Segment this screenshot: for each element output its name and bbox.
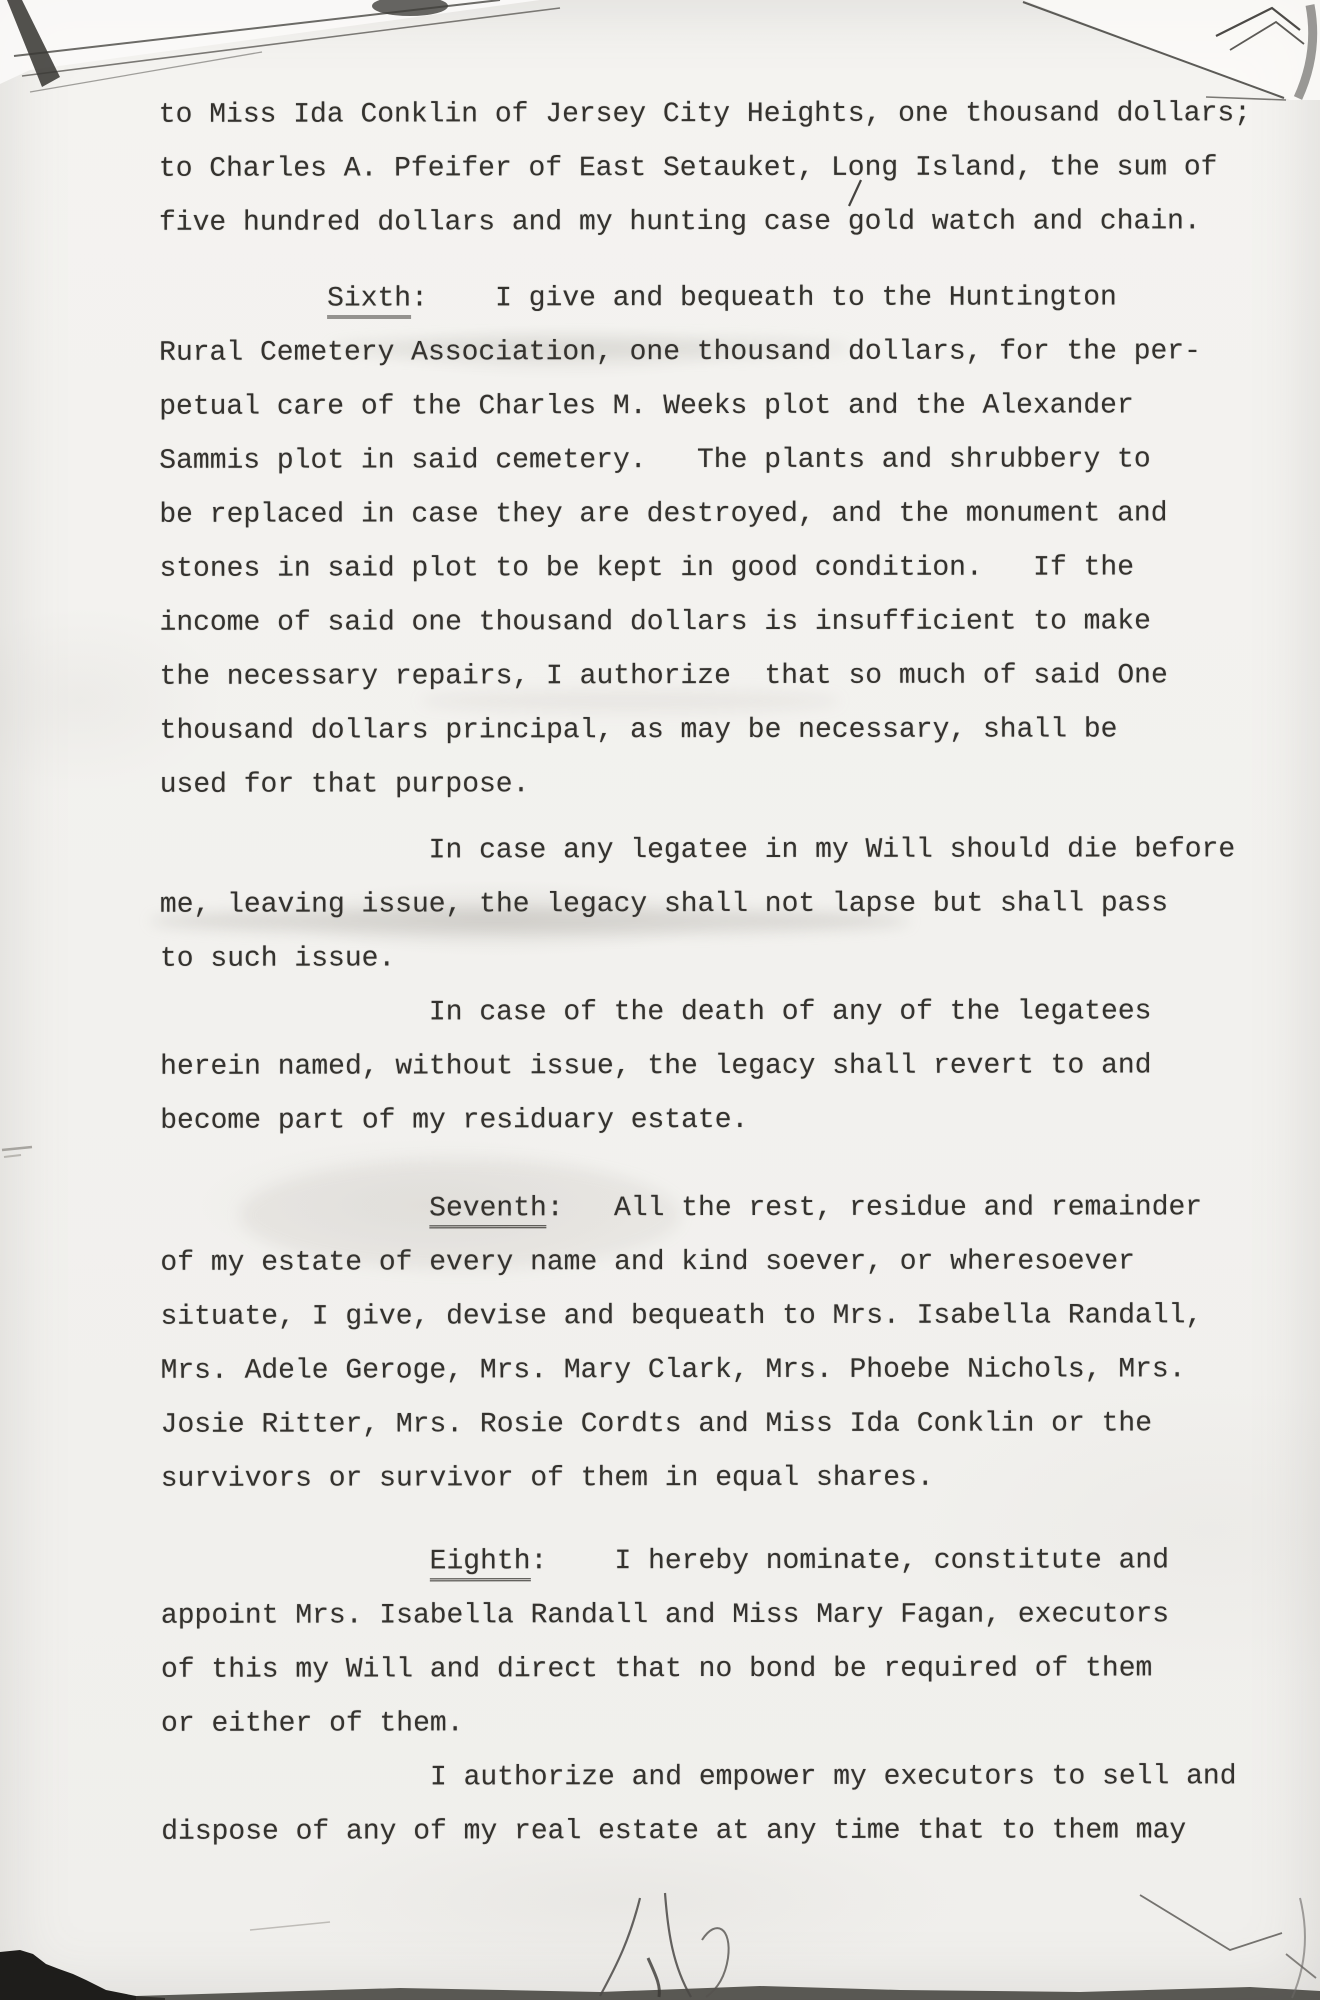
- text-line: or either of them.: [161, 1696, 1301, 1752]
- text-line: Mrs. Adele Geroge, Mrs. Mary Clark, Mrs.…: [161, 1343, 1301, 1399]
- section-heading: Eighth: [430, 1546, 531, 1581]
- text-line: to such issue.: [160, 931, 1300, 987]
- text-line: to Miss Ida Conklin of Jersey City Heigh…: [159, 87, 1299, 143]
- text-line: Seventh: All the rest, residue and remai…: [160, 1181, 1300, 1237]
- text-line: Sammis plot in said cemetery. The plants…: [159, 433, 1299, 489]
- text-line: survivors or survivor of them in equal s…: [161, 1451, 1301, 1507]
- text-line: petual care of the Charles M. Weeks plot…: [159, 379, 1299, 435]
- text-line: used for that purpose.: [160, 757, 1300, 813]
- text-line: the necessary repairs, I authorize that …: [160, 649, 1300, 705]
- text-line: thousand dollars principal, as may be ne…: [160, 703, 1300, 759]
- text-line: dispose of any of my real estate at any …: [161, 1804, 1301, 1860]
- text-line: herein named, without issue, the legacy …: [160, 1039, 1300, 1095]
- scanned-will-page: to Miss Ida Conklin of Jersey City Heigh…: [0, 0, 1320, 2000]
- typewritten-text: to Miss Ida Conklin of Jersey City Heigh…: [159, 87, 1301, 1860]
- text-line: be replaced in case they are destroyed, …: [159, 487, 1299, 543]
- page-corner-top-left: [0, 0, 560, 92]
- text-line: to Charles A. Pfeifer of East Setauket, …: [159, 141, 1299, 197]
- text-line: five hundred dollars and my hunting case…: [159, 195, 1299, 251]
- text-line: of this my Will and direct that no bond …: [161, 1642, 1301, 1698]
- text-line: become part of my residuary estate.: [160, 1093, 1300, 1149]
- text-line: Rural Cemetery Association, one thousand…: [159, 325, 1299, 381]
- bottom-edge-artifacts: [0, 1893, 1320, 2000]
- text-line: of my estate of every name and kind soev…: [160, 1235, 1300, 1291]
- page-corner-top-right: [1023, 0, 1320, 100]
- text-line: situate, I give, devise and bequeath to …: [160, 1289, 1300, 1345]
- text-line: me, leaving issue, the legacy shall not …: [160, 877, 1300, 933]
- section-heading: Seventh: [429, 1193, 547, 1228]
- section-heading: Sixth: [327, 283, 411, 318]
- text-line: In case of the death of any of the legat…: [160, 985, 1300, 1041]
- text-line: Eighth: I hereby nominate, constitute an…: [161, 1534, 1301, 1590]
- text-line: Sixth: I give and bequeath to the Huntin…: [159, 271, 1299, 327]
- text-line: stones in said plot to be kept in good c…: [159, 541, 1299, 597]
- text-line: Josie Ritter, Mrs. Rosie Cordts and Miss…: [161, 1397, 1301, 1453]
- text-line: appoint Mrs. Isabella Randall and Miss M…: [161, 1588, 1301, 1644]
- text-line: income of said one thousand dollars is i…: [159, 595, 1299, 651]
- text-line: I authorize and empower my executors to …: [161, 1750, 1301, 1806]
- text-line: In case any legatee in my Will should di…: [160, 823, 1300, 879]
- left-margin-dashes: [2, 1147, 32, 1157]
